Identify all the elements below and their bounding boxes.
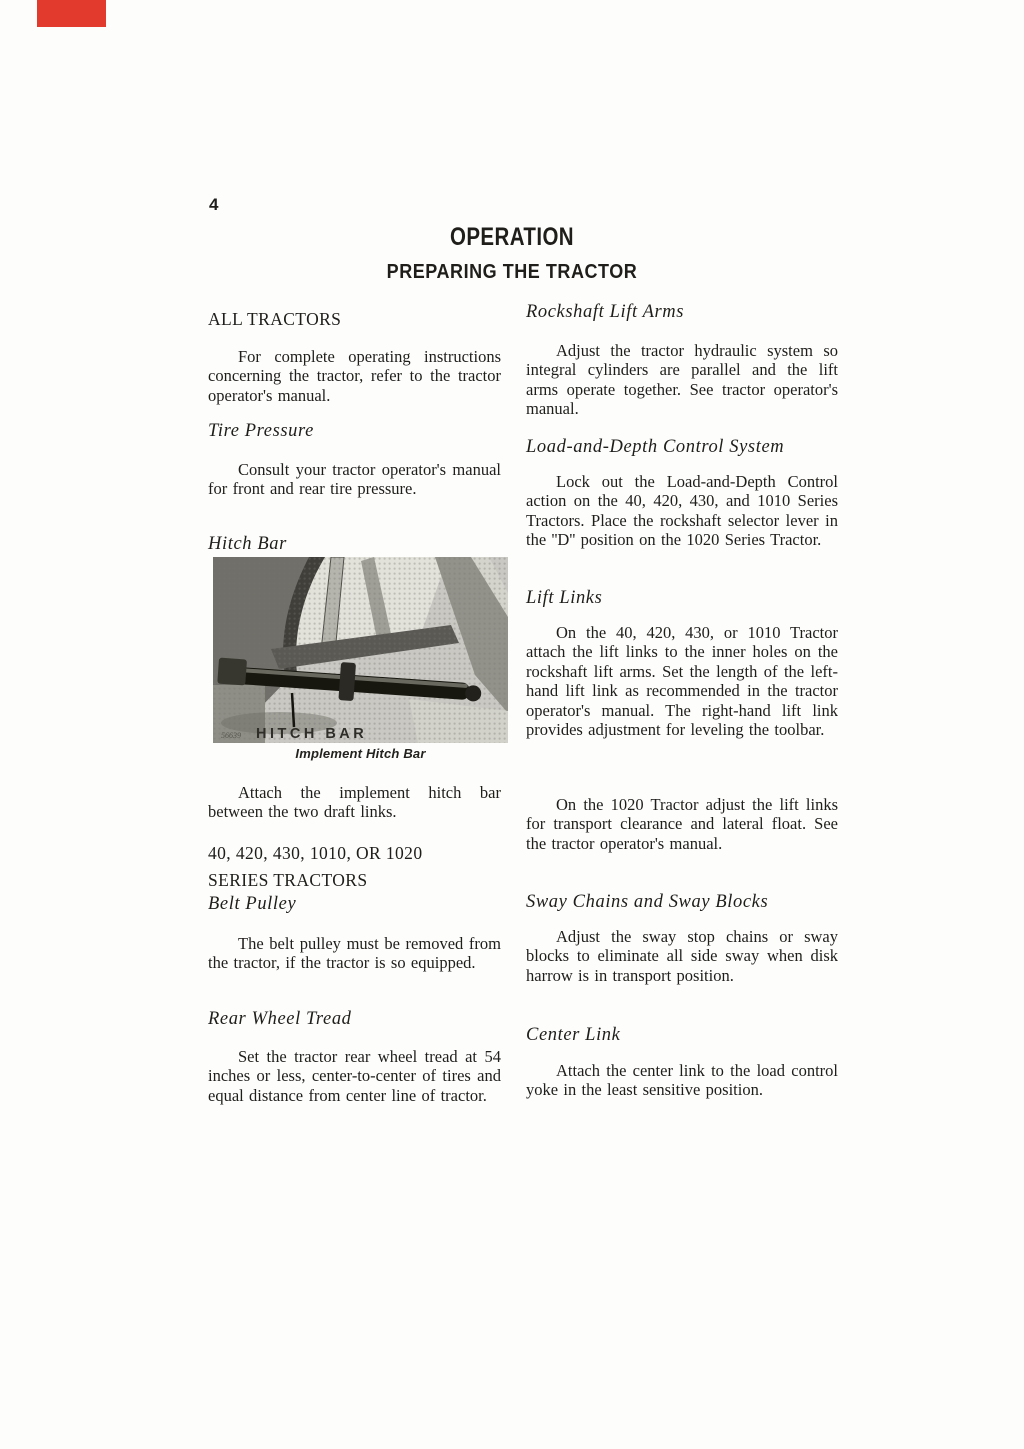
heading-tire-pressure: Tire Pressure xyxy=(208,421,501,442)
heading-sway-chains: Sway Chains and Sway Blocks xyxy=(526,892,838,913)
heading-rear-wheel-tread: Rear Wheel Tread xyxy=(208,1009,501,1030)
heading-series-tractors: 40, 420, 430, 1010, OR 1020 SERIES TRACT… xyxy=(208,840,501,894)
heading-load-and-depth: Load-and-Depth Control System xyxy=(526,437,838,458)
paragraph: Lock out the Load-and-Depth Control acti… xyxy=(526,472,838,550)
red-tab-marker xyxy=(37,0,106,27)
figure-number: 56639 xyxy=(221,731,241,740)
manual-page: 4 OPERATION PREPARING THE TRACTOR ALL TR… xyxy=(0,0,1024,1449)
heading-belt-pulley: Belt Pulley xyxy=(208,894,501,915)
heading-lift-links: Lift Links xyxy=(526,588,838,609)
heading-rockshaft-lift-arms: Rockshaft Lift Arms xyxy=(526,302,838,323)
paragraph: Set the tractor rear wheel tread at 54 i… xyxy=(208,1047,501,1105)
heading-center-link: Center Link xyxy=(526,1025,838,1046)
paragraph: Adjust the tractor hydraulic sys­tem so … xyxy=(526,341,838,419)
paragraph: On the 40, 420, 430, or 1010 Trac­tor at… xyxy=(526,623,838,739)
paragraph: For complete operating instruc­tions con… xyxy=(208,347,501,405)
paragraph: Attach the implement hitch bar between t… xyxy=(208,783,501,822)
heading-series-line2: SERIES TRACTORS xyxy=(208,867,501,894)
hitch-bar-photo: 56639 HITCH BAR xyxy=(213,557,508,743)
paragraph: Consult your tractor operator's manual f… xyxy=(208,460,501,499)
paragraph: Attach the center link to the load contr… xyxy=(526,1061,838,1100)
heading-series-line1: 40, 420, 430, 1010, OR 1020 xyxy=(208,840,501,867)
page-number: 4 xyxy=(209,195,218,215)
figure-caption: Implement Hitch Bar xyxy=(213,746,508,761)
heading-all-tractors: ALL TRACTORS xyxy=(208,306,501,333)
paragraph: Adjust the sway stop chains or sway bloc… xyxy=(526,927,838,985)
page-title: OPERATION xyxy=(92,223,932,252)
figure-label: HITCH BAR xyxy=(256,726,367,742)
page-subtitle: PREPARING THE TRACTOR xyxy=(51,261,973,284)
paragraph: On the 1020 Tractor adjust the lift link… xyxy=(526,795,838,853)
heading-hitch-bar: Hitch Bar xyxy=(208,534,501,555)
paragraph: The belt pulley must be removed from the… xyxy=(208,934,501,973)
